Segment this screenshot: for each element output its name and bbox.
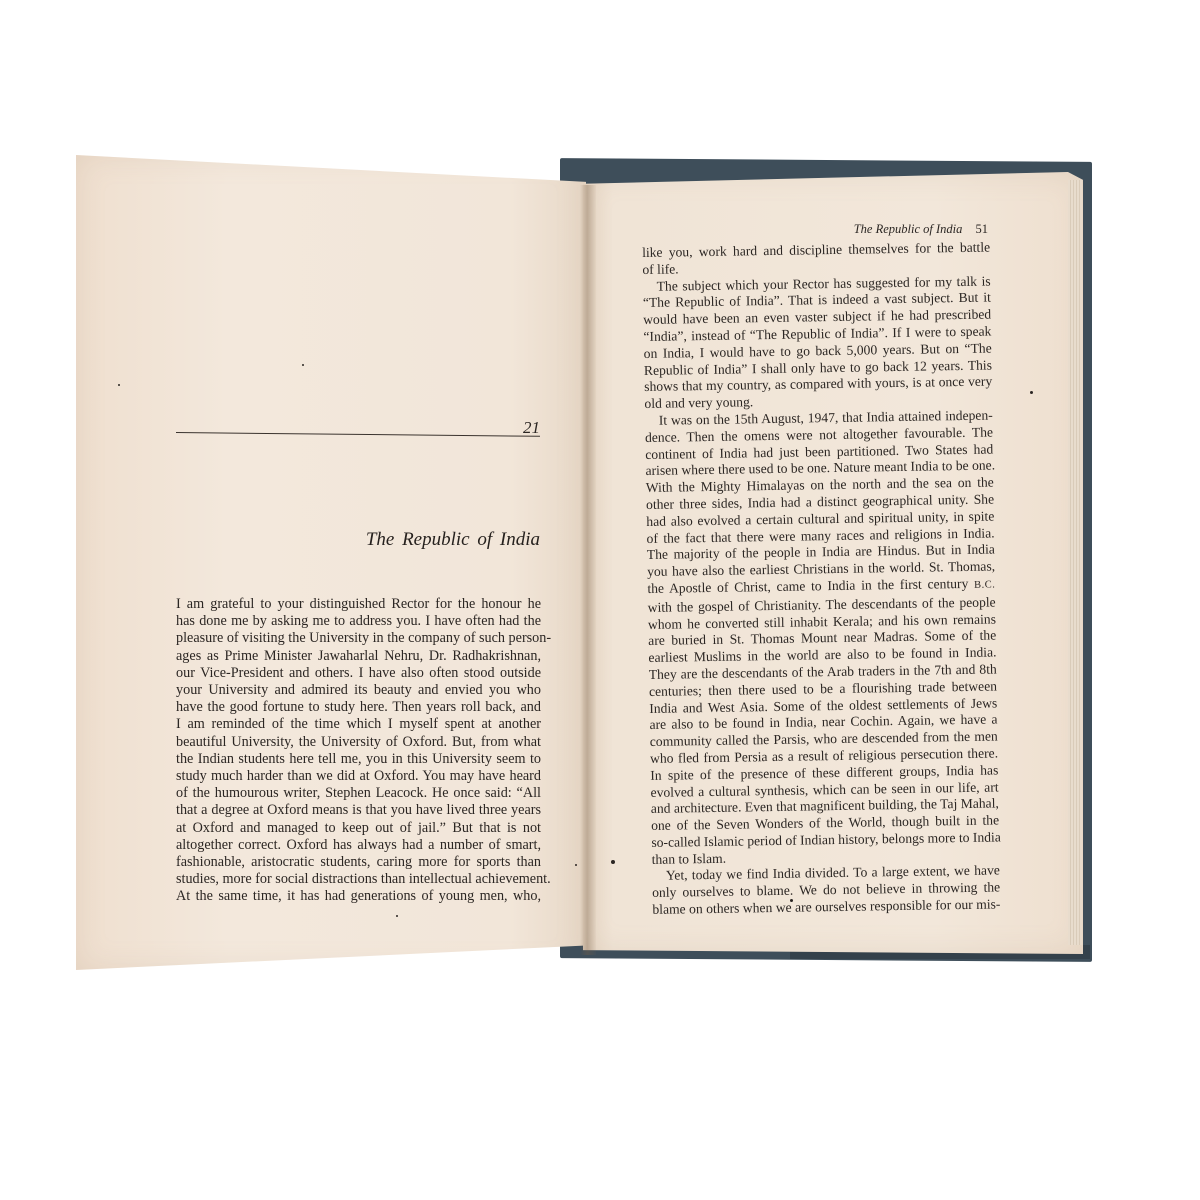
small-caps-bc: B.C. [974, 579, 995, 590]
text-line: our Vice-President and others. I have al… [176, 665, 541, 682]
paper-speck [1030, 391, 1033, 394]
text-line: study much harder than we did at Oxford.… [176, 768, 541, 785]
text-line: has done me by asking me to address you.… [176, 613, 541, 630]
left-page-body-text: I am grateful to your distinguished Rect… [176, 596, 541, 906]
running-head-title: The Republic of India [854, 222, 963, 236]
text-line: at Oxford and managed to keep out of jai… [176, 820, 541, 837]
text-line: altogether correct. Oxford has always ha… [176, 837, 541, 854]
page-edges [1068, 180, 1082, 945]
paper-speck [302, 364, 304, 366]
text-line: pleasure of visiting the University in t… [176, 630, 541, 647]
text-line: ages as Prime Minister Jawaharlal Nehru,… [176, 648, 541, 665]
paper-speck [611, 860, 615, 864]
text-line: fashionable, aristocratic students, cari… [176, 854, 541, 871]
paper-speck [575, 864, 577, 866]
text-line: I am reminded of the time which I myself… [176, 716, 541, 733]
paper-speck [396, 915, 398, 917]
text-line: beautiful University, the University of … [176, 734, 541, 751]
page-number: 51 [976, 222, 989, 236]
book-gutter [580, 185, 596, 955]
text-line: have the good fortune to study here. The… [176, 699, 541, 716]
text-line: of the humourous writer, Stephen Leacock… [176, 785, 541, 802]
text-line: At the same time, it has had generations… [176, 888, 541, 905]
text-line: that a degree at Oxford means is that yo… [176, 802, 541, 819]
chapter-title: The Republic of India [176, 529, 540, 551]
paper-speck [790, 899, 793, 902]
running-head: The Republic of India 51 [640, 222, 988, 237]
text-line: I am grateful to your distinguished Rect… [176, 596, 541, 613]
text-line: your University and admired its beauty a… [176, 682, 541, 699]
paper-speck [118, 384, 120, 386]
text-line: the Indian students here tell me, you in… [176, 751, 541, 768]
right-page-body-text: like you, work hard and discipline thems… [642, 240, 1001, 919]
text-line: studies, more for social distractions th… [176, 871, 541, 888]
